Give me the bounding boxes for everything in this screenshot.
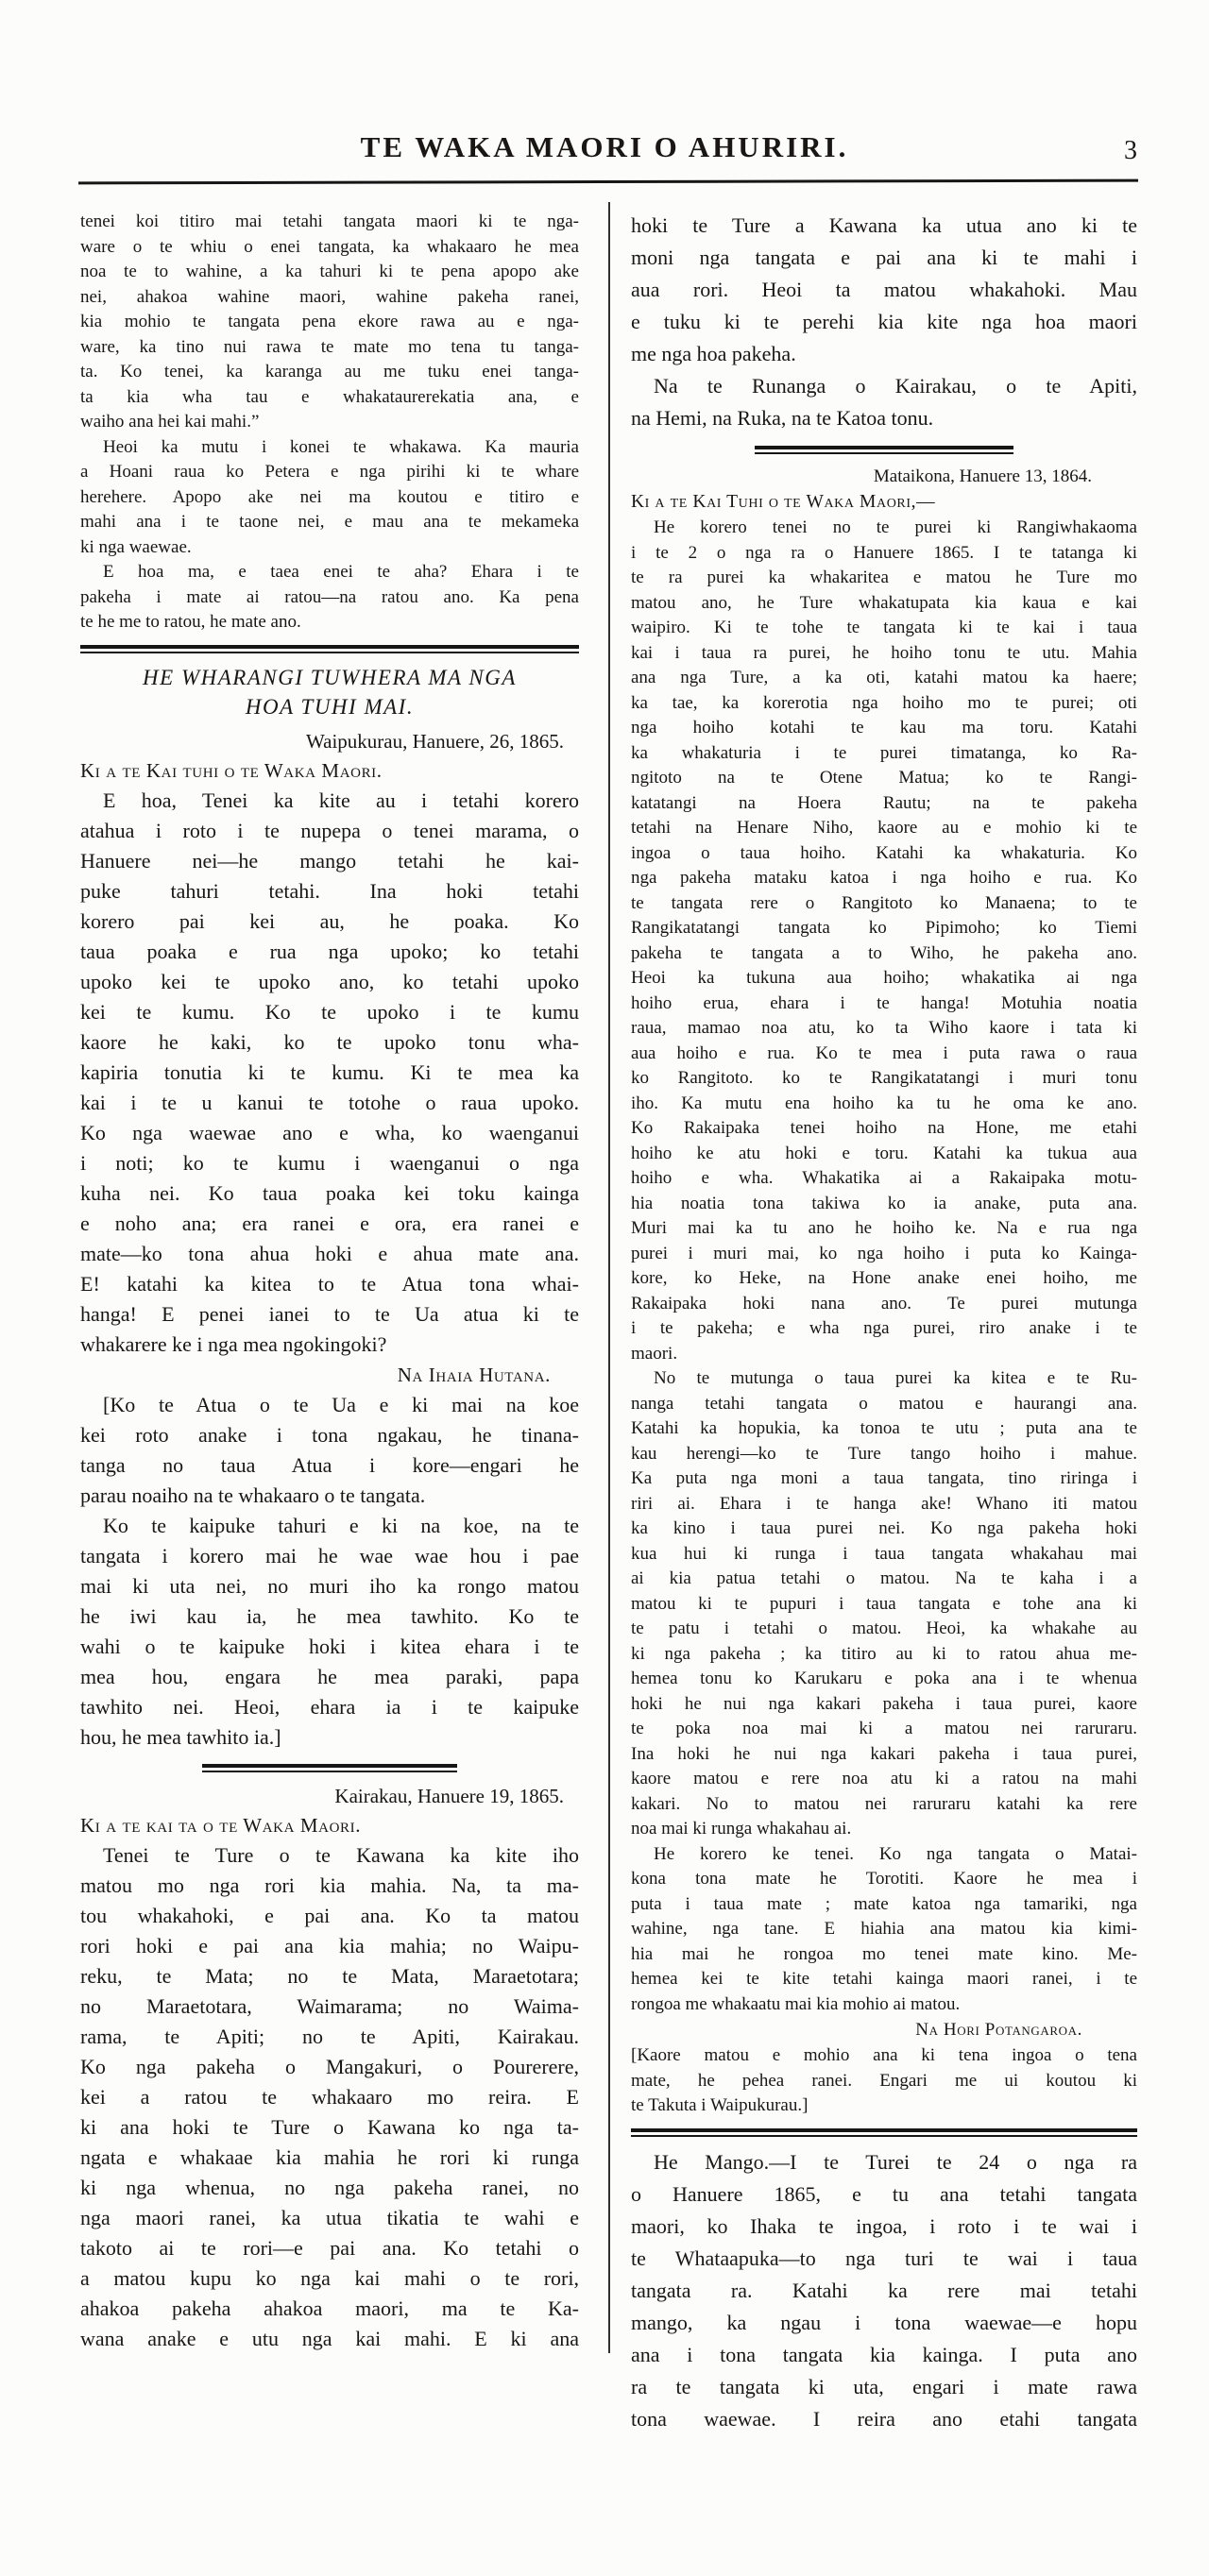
text-line: mate—ko tona ahua hoki e ahua mate ana.: [80, 1239, 579, 1269]
text-line: pakeha i mate ai ratou—na ratou ano. Ka …: [80, 585, 579, 611]
right-column: hoki te Ture a Kawana ka utua ano ki tem…: [631, 210, 1137, 2435]
paragraph: Ko te kaipuke tahuri e ki na koe, na tet…: [80, 1511, 579, 1753]
text-line: kia mohio te tangata pena ekore rawa au …: [80, 310, 579, 335]
text-line: ko Rangitoto. ko te Rangikatatangi i mur…: [631, 1066, 1137, 1092]
text-line: takoto ai te rori—e pai ana. Ko tetahi o: [80, 2233, 579, 2263]
page-title: TE WAKA MAORI O AHURIRI.: [0, 128, 1209, 166]
text-line: he iwi kau ia, he mea tawhito. Ko te: [80, 1602, 579, 1632]
text-line: hoiho e wha. Whakatika ai a Rakaipaka mo…: [631, 1166, 1137, 1192]
text-line: kai i te u kanui te totohe o raua upoko.: [80, 1088, 579, 1118]
text-line: no Maraetotara, Waimarama; no Waima-: [80, 1991, 579, 2022]
text-line: maori, ko Ihaka te ingoa, i roto i te wa…: [631, 2211, 1137, 2243]
text-line: Ko nga pakeha o Mangakuri, o Pourerere,: [80, 2052, 579, 2082]
text-line: wahine, nga tane. E hiahia ana matou kia…: [631, 1917, 1137, 1942]
text-line: i te pakeha; e wha nga purei, riro anake…: [631, 1316, 1137, 1342]
section-rule: [631, 2128, 1137, 2137]
paragraph: [Kaore matou e mohio ana ki tena ingoa o…: [631, 2043, 1137, 2119]
paragraph: He korero ke tenei. Ko nga tangata o Mat…: [631, 1842, 1137, 2018]
text-line: nei, ahakoa wahine maori, wahine pakeha …: [80, 285, 579, 311]
text-line: o Hanuere 1865, e tu ana tetahi tangata: [631, 2178, 1137, 2211]
salutation: Ki a te kai ta o te Waka Maori.: [80, 1810, 579, 1840]
text-line: tanga no taua Atua i kore—engari he: [80, 1450, 579, 1481]
text-line: taua poaka e rua nga upoko; ko tetahi: [80, 937, 579, 967]
text-line: tawhito nei. Heoi, ehara ia i te kaipuke: [80, 1692, 579, 1722]
text-line: ana i tona tangata kia kainga. I puta an…: [631, 2339, 1137, 2371]
text-line: mai ki uta nei, no muri iho ka rongo mat…: [80, 1571, 579, 1602]
text-line: tou whakahoki, e pai ana. Ko ta matou: [80, 1901, 579, 1931]
paragraph: He Mango.—I te Turei te 24 o nga rao Han…: [631, 2146, 1137, 2435]
text-line: me nga hoa pakeha.: [631, 338, 1137, 370]
text-line: te Takuta i Waipukurau.]: [631, 2093, 1137, 2119]
text-line: He korero tenei no te purei ki Rangiwhak…: [631, 516, 1137, 541]
text-line: korero pai kei au, he poaka. Ko: [80, 907, 579, 937]
text-line: ra te tangata ki uta, engari i mate rawa: [631, 2371, 1137, 2403]
text-line: kuha nei. Ko taua poaka kei toku kainga: [80, 1178, 579, 1209]
text-line: e noho ana; era ranei e ora, era ranei e: [80, 1209, 579, 1239]
text-line: te he me to ratou, he mate ano.: [80, 610, 579, 636]
text-line: ahakoa pakeha ahakoa maori, ma te Ka-: [80, 2294, 579, 2324]
text-line: kei te kumu. Ko te upoko i te kumu: [80, 997, 579, 1027]
paragraph: hoki te Ture a Kawana ka utua ano ki tem…: [631, 210, 1137, 370]
text-line: Katahi ka hopukia, ka tonoa te utu ; put…: [631, 1416, 1137, 1442]
text-line: hoiho erua, ehara i te hanga! Motuhia no…: [631, 991, 1137, 1017]
text-line: mango, ka ngau i tona waewae—e hopu: [631, 2307, 1137, 2339]
paragraph: E hoa, Tenei ka kite au i tetahi koreroa…: [80, 786, 579, 1360]
paragraph: Tenei te Ture o te Kawana ka kite ihomat…: [80, 1840, 579, 2354]
text-line: nanga tetahi tangata o matou e haurangi …: [631, 1392, 1137, 1417]
text-line: ingoa o taua hoiho. Katahi ka whakaturia…: [631, 841, 1137, 867]
text-line: herehere. Apopo ake nei ma koutou e titi…: [80, 485, 579, 511]
text-line: mate, he pehea ranei. Engari me ui kouto…: [631, 2069, 1137, 2094]
text-line: wana anake e utu nga kai mahi. E ki ana: [80, 2324, 579, 2354]
text-line: Tenei te Ture o te Kawana ka kite iho: [80, 1840, 579, 1871]
text-line: Ka puta nga moni a taua tangata, tino ri…: [631, 1466, 1137, 1492]
text-line: kaore he kaki, ko te upoko tonu wha-: [80, 1027, 579, 1058]
page-number: 3: [1124, 132, 1137, 170]
text-line: ai kia patua tetahi o matou. Na te kaha …: [631, 1567, 1137, 1592]
text-line: Ina hoki he nui nga kakari pakeha i taua…: [631, 1742, 1137, 1768]
left-column: tenei koi titiro mai tetahi tangata maor…: [80, 210, 579, 2354]
salutation: Ki a te Kai Tuhi o te Waka Maori,—: [631, 489, 1137, 516]
text-line: riri ai. Ehara i te hanga ake! Whano iti…: [631, 1492, 1137, 1517]
text-line: ana nga Ture, a ka oti, katahi matou ka …: [631, 666, 1137, 691]
text-line: ngitoto na te Otene Matua; ko te Rangi-: [631, 766, 1137, 791]
text-line: a Hoani raua ko Petera e nga pirihi ki t…: [80, 460, 579, 485]
text-line: ka kino i taua purei nei. Ko nga pakeha …: [631, 1517, 1137, 1542]
text-line: kau herengi—ko te Ture tango hoiho i mah…: [631, 1442, 1137, 1467]
column-divider: [608, 202, 610, 2353]
text-line: maori.: [631, 1342, 1137, 1367]
heading-line: HOA TUHI MAI.: [80, 692, 579, 721]
paragraph: tenei koi titiro mai tetahi tangata maor…: [80, 210, 579, 435]
text-line: ki nga whenua, no nga pakeha ranei, no: [80, 2173, 579, 2203]
paragraph: He korero tenei no te purei ki Rangiwhak…: [631, 516, 1137, 1366]
text-line: E hoa ma, e taea enei te aha? Ehara i te: [80, 560, 579, 585]
text-line: pakeha te tangata a to Wiho, he pakeha a…: [631, 941, 1137, 967]
text-line: wahi o te kaipuke hoki i kitea ehara i t…: [80, 1632, 579, 1662]
text-line: Ko nga waewae ano e wha, ko waenganui: [80, 1118, 579, 1148]
text-line: ware, ka tino nui rawa te mate mo tena t…: [80, 335, 579, 361]
text-line: ki nga pakeha ; ka titiro au ki to ratou…: [631, 1642, 1137, 1668]
text-line: noa mai ki runga whakahau ai.: [631, 1817, 1137, 1842]
text-line: E! katahi ka kitea to te Atua tona whai-: [80, 1269, 579, 1299]
text-line: parau noaiho na te whakaaro o te tangata…: [80, 1481, 579, 1511]
text-line: ki nga waewae.: [80, 535, 579, 561]
text-line: kai i taua ra purei, he hoiho tonu te ut…: [631, 641, 1137, 667]
dateline: Waipukurau, Hanuere, 26, 1865.: [80, 727, 579, 755]
text-line: tetahi na Henare Niho, kaore au e mohio …: [631, 816, 1137, 841]
section-rule: [202, 1764, 456, 1772]
text-line: te ra purei ka whakaritea e matou he Tur…: [631, 566, 1137, 591]
text-line: waiho ana hei kai mahi.”: [80, 410, 579, 435]
text-line: purei i muri mai, ko nga hoiho i puta ko…: [631, 1242, 1137, 1267]
signature: Na Ihaia Hutana.: [80, 1360, 579, 1390]
text-line: aua rori. Heoi ta matou whakahoki. Mau: [631, 274, 1137, 306]
text-line: kakari. No to matou nei raruraru katahi …: [631, 1792, 1137, 1818]
text-line: te poka noa mai ki a matou nei raruraru.: [631, 1717, 1137, 1742]
text-line: mahi ana i te taone nei, e mau ana te me…: [80, 510, 579, 535]
text-line: mea hou, engara he mea paraki, papa: [80, 1662, 579, 1692]
text-line: kei roto anake i tona ngakau, he tinana-: [80, 1420, 579, 1450]
text-line: a matou kupu ko nga kai mahi o te rori,: [80, 2263, 579, 2294]
text-line: Rakaipaka hoki nana ano. Te purei mutung…: [631, 1292, 1137, 1317]
text-line: matou ki te pupuri i taua tangata e tohe…: [631, 1592, 1137, 1618]
text-line: tangata i korero mai he wae wae hou i pa…: [80, 1541, 579, 1571]
text-line: ta kia wha tau e whakataurerekatia ana, …: [80, 385, 579, 411]
signature: Na Hori Potangaroa.: [631, 2017, 1137, 2043]
paragraph: E hoa ma, e taea enei te aha? Ehara i te…: [80, 560, 579, 636]
text-line: tangata ra. Katahi ka rere mai tetahi: [631, 2275, 1137, 2307]
text-line: rongoa me whakaatu mai kia mohio ai mato…: [631, 1992, 1137, 2018]
text-line: [Kaore matou e mohio ana ki tena ingoa o…: [631, 2043, 1137, 2069]
text-line: rama, te Apiti; no te Apiti, Kairakau.: [80, 2022, 579, 2052]
text-line: ka whakaturia i te purei timatanga, ko R…: [631, 741, 1137, 767]
text-line: moni nga tangata e pai ana ki te mahi i: [631, 242, 1137, 274]
masthead-rule: [78, 179, 1138, 185]
text-line: No te mutunga o taua purei ka kitea e te…: [631, 1366, 1137, 1392]
paragraph: No te mutunga o taua purei ka kitea e te…: [631, 1366, 1137, 1842]
text-line: reku, te Mata; no te Mata, Maraetotara;: [80, 1961, 579, 1991]
text-line: nga hoiho kotahi te kau ma toru. Katahi: [631, 716, 1137, 741]
text-line: na Hemi, na Ruka, na te Katoa tonu.: [631, 402, 1137, 434]
text-line: He Mango.—I te Turei te 24 o nga ra: [631, 2146, 1137, 2178]
text-line: He korero ke tenei. Ko nga tangata o Mat…: [631, 1842, 1137, 1868]
text-line: i noti; ko te kumu i waenganui o nga: [80, 1148, 579, 1178]
text-line: e tuku ki te perehi kia kite nga hoa mao…: [631, 306, 1137, 338]
text-line: ki ana hoki te Ture o Kawana ko nga ta-: [80, 2112, 579, 2143]
text-line: nga maori ranei, ka utua tikatia te wahi…: [80, 2203, 579, 2233]
paragraph: Heoi ka mutu i konei te whakawa. Ka maur…: [80, 435, 579, 561]
text-line: te Whataapuka—to nga turi te wai i taua: [631, 2243, 1137, 2275]
dateline: Mataikona, Hanuere 13, 1864.: [631, 464, 1137, 489]
text-line: matou ano, he Ture whakatupata kia kaua …: [631, 591, 1137, 617]
text-line: ware o te whiu o enei tangata, ka whakaa…: [80, 235, 579, 261]
text-line: kore, ko Heke, na Hone anake enei hoiho,…: [631, 1266, 1137, 1292]
text-line: matou mo nga rori kia mahia. Na, ta ma-: [80, 1871, 579, 1901]
text-line: noa te to wahine, a ka tahuri ki te pena…: [80, 260, 579, 285]
text-line: ta. Ko tenei, ka karanga au me tuku enei…: [80, 360, 579, 385]
paragraph: [Ko te Atua o te Ua e ki mai na koekei r…: [80, 1390, 579, 1511]
text-line: ka tae, ka korerotia nga hoiho mo te pur…: [631, 691, 1137, 717]
text-line: nga pakeha mataku katoa i nga hoiho e ru…: [631, 866, 1137, 891]
text-line: te patu i tetahi o matou. Heoi, ka whaka…: [631, 1617, 1137, 1642]
text-line: hanga! E penei ianei to te Ua atua ki te: [80, 1299, 579, 1330]
text-line: kua hui ki runga i taua tangata whakahau…: [631, 1542, 1137, 1568]
text-line: Heoi ka tukuna aua hoiho; whakatika ai n…: [631, 966, 1137, 991]
text-line: tona waewae. I reira ano etahi tangata: [631, 2403, 1137, 2435]
text-line: puta i taua mate ; mate katoa nga tamari…: [631, 1892, 1137, 1918]
text-line: kaore matou e rere noa atu ki a ratou na…: [631, 1767, 1137, 1792]
dateline: Kairakau, Hanuere 19, 1865.: [80, 1782, 579, 1810]
text-line: raua, mamao noa atu, ko ta Wiho kaore i …: [631, 1016, 1137, 1042]
text-line: Hanuere nei—he mango tetahi he kai-: [80, 846, 579, 876]
text-line: kei a ratou te whakaaro mo reira. E: [80, 2082, 579, 2112]
section-rule: [755, 446, 1013, 454]
text-line: Ko te kaipuke tahuri e ki na koe, na te: [80, 1511, 579, 1541]
text-line: aua hoiho e rua. Ko te mea i puta rawa o…: [631, 1042, 1137, 1067]
text-line: rori hoki e pai ana kia mahia; no Waipu-: [80, 1931, 579, 1961]
text-line: hemea tonu ko Karukaru e poka ana i te w…: [631, 1667, 1137, 1692]
text-line: iho. Ka mutu ena hoiho ka tu he oma ke a…: [631, 1092, 1137, 1117]
text-line: hemea kei te kite tetahi kainga maori ra…: [631, 1967, 1137, 1992]
text-line: katatangi na Hoera Rautu; na te pakeha: [631, 791, 1137, 817]
text-line: Heoi ka mutu i konei te whakawa. Ka maur…: [80, 435, 579, 461]
text-line: hou, he mea tawhito ia.]: [80, 1722, 579, 1753]
text-line: Na te Runanga o Kairakau, o te Apiti,: [631, 370, 1137, 402]
text-line: whakarere ke i nga mea ngokingoki?: [80, 1330, 579, 1360]
text-line: i te 2 o nga ra o Hanuere 1865. I te tat…: [631, 541, 1137, 567]
text-line: tenei koi titiro mai tetahi tangata maor…: [80, 210, 579, 235]
salutation: Ki a te Kai tuhi o te Waka Maori.: [80, 755, 579, 786]
section-rule: [80, 645, 579, 653]
letter-heading: HE WHARANGI TUWHERA MA NGAHOA TUHI MAI.: [80, 663, 579, 721]
text-line: hoki te Ture a Kawana ka utua ano ki te: [631, 210, 1137, 242]
text-line: [Ko te Atua o te Ua e ki mai na koe: [80, 1390, 579, 1420]
paragraph: Na te Runanga o Kairakau, o te Apiti,na …: [631, 370, 1137, 434]
text-line: hia noatia tona takiwa ko ia anake, puta…: [631, 1192, 1137, 1217]
text-line: ngata e whakaae kia mahia he rori ki run…: [80, 2143, 579, 2173]
text-line: Rangikatatangi tangata ko Pipimoho; ko T…: [631, 916, 1137, 941]
text-line: hoiho ke atu hoki e toru. Katahi ka tuku…: [631, 1142, 1137, 1167]
text-line: te tangata rere o Rangitoto ko Manaena; …: [631, 891, 1137, 917]
text-line: kapiria tonutia ki te kumu. Ki te mea ka: [80, 1058, 579, 1088]
text-line: waipiro. Ki te tohe te tangata ki te kai…: [631, 616, 1137, 641]
text-line: kona tona mate he Torotiti. Kaore he mea…: [631, 1867, 1137, 1892]
text-line: Muri mai ka tu ano he hoiho ke. Na e rua…: [631, 1216, 1137, 1242]
text-line: atahua i roto i te nupepa o tenei marama…: [80, 816, 579, 846]
text-line: E hoa, Tenei ka kite au i tetahi korero: [80, 786, 579, 816]
text-line: Ko Rakaipaka tenei hoiho na Hone, me eta…: [631, 1116, 1137, 1142]
text-line: puke tahuri tetahi. Ina hoki tetahi: [80, 876, 579, 907]
text-line: hia mai he rongoa mo tenei mate kino. Me…: [631, 1942, 1137, 1968]
text-line: hoki he nui nga kakari pakeha i taua pur…: [631, 1692, 1137, 1718]
text-line: upoko kei te upoko ano, ko tetahi upoko: [80, 967, 579, 997]
heading-line: HE WHARANGI TUWHERA MA NGA: [80, 663, 579, 692]
